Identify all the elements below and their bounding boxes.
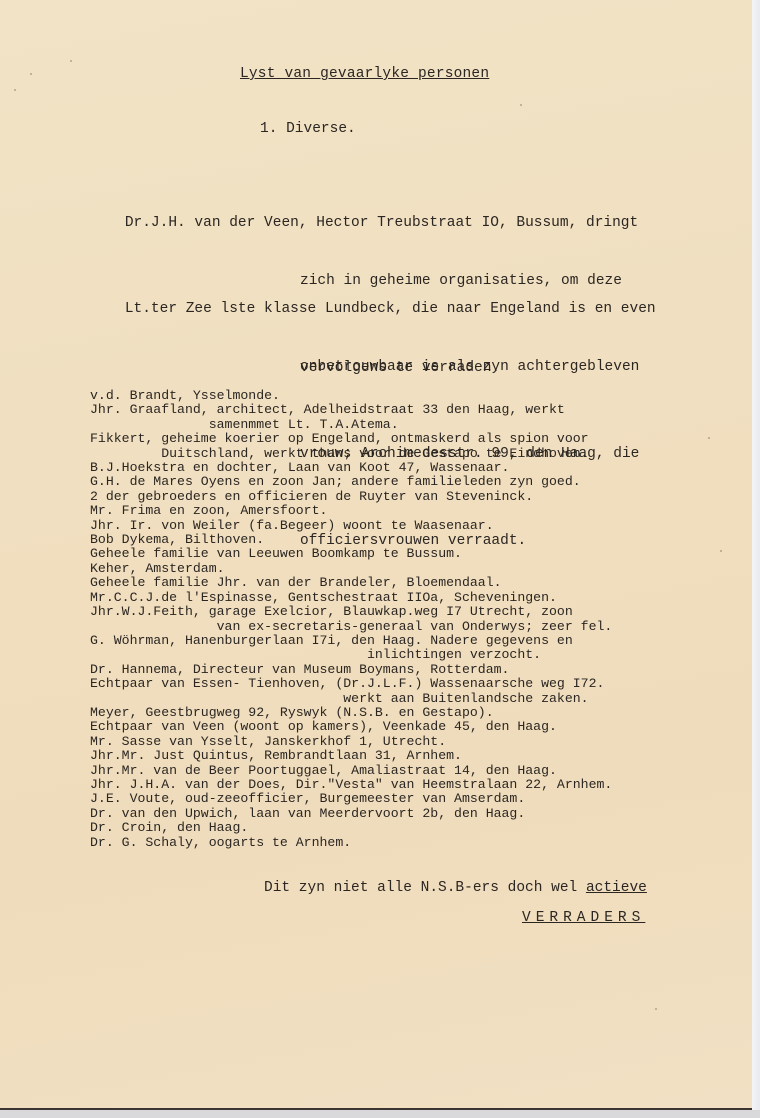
list-item-continuation: samenmmet Lt. T.A.Atema. [90, 418, 612, 432]
list-item: Mr. Frima en zoon, Amersfoort. [90, 504, 612, 518]
list-item-text: Bob Dykema, Bilthoven. [90, 532, 264, 547]
list-item-text: Mr. Sasse van Ysselt, Janskerkhof 1, Utr… [90, 734, 446, 749]
list-item: Geheele familie van Leeuwen Boomkamp te … [90, 547, 612, 561]
list-item: B.J.Hoekstra en dochter, Laan van Koot 4… [90, 461, 612, 475]
paper-speck [70, 60, 72, 62]
list-item-text: G. Wöhrman, Hanenburgerlaan I7i, den Haa… [90, 633, 573, 648]
list-item-text: Geheele familie van Leeuwen Boomkamp te … [90, 546, 462, 561]
list-item: Fikkert, geheime koerier op Engeland, on… [90, 432, 612, 461]
list-item-text: Fikkert, geheime koerier op Engeland, on… [90, 431, 589, 446]
list-item-text: Jhr.W.J.Feith, garage Exelcior, Blauwkap… [90, 604, 573, 619]
paper-speck [30, 73, 32, 75]
closing-statement: Dit zyn niet alle N.S.B-ers doch wel act… [264, 880, 647, 896]
list-item-text: v.d. Brandt, Ysselmonde. [90, 388, 280, 403]
list-item: J.E. Voute, oud-zeeofficier, Burgemeeste… [90, 792, 612, 806]
list-item-continuation: Duitschland, werkt thans voor de Gestapo… [90, 447, 612, 461]
list-item: Mr.C.C.J.de l'Espinasse, Gentschestraat … [90, 591, 612, 605]
paper-speck [708, 437, 710, 439]
list-item-text: J.E. Voute, oud-zeeofficier, Burgemeeste… [90, 791, 525, 806]
list-item: Meyer, Geestbrugweg 92, Ryswyk (N.S.B. e… [90, 706, 612, 720]
list-item: 2 der gebroeders en officieren de Ruyter… [90, 490, 612, 504]
list-item-continuation: inlichtingen verzocht. [90, 648, 612, 662]
list-item-text: G.H. de Mares Oyens en zoon Jan; andere … [90, 474, 581, 489]
paragraph-line: Lt.ter Zee lste klasse Lundbeck, die naa… [125, 301, 656, 317]
closing-emphasis: actieve [586, 880, 647, 896]
paper-speck [720, 550, 722, 552]
section-heading: 1. Diverse. [260, 121, 356, 137]
list-item-text: Mr. Frima en zoon, Amersfoort. [90, 503, 327, 518]
list-item: Dr. Croin, den Haag. [90, 821, 612, 835]
list-item-text: Echtpaar van Essen- Tienhoven, (Dr.J.L.F… [90, 676, 604, 691]
paper-right-edge [752, 0, 760, 1110]
list-item-text: Dr. van den Upwich, laan van Meerdervoor… [90, 806, 525, 821]
list-item-text: Dr. Hannema, Directeur van Museum Boyman… [90, 662, 509, 677]
list-item-text: Dr. Croin, den Haag. [90, 820, 248, 835]
list-item: Jhr.W.J.Feith, garage Exelcior, Blauwkap… [90, 605, 612, 634]
list-item-text: B.J.Hoekstra en dochter, Laan van Koot 4… [90, 460, 509, 475]
typed-document-page: Lyst van gevaarlyke personen 1. Diverse.… [0, 0, 752, 1110]
list-item: G. Wöhrman, Hanenburgerlaan I7i, den Haa… [90, 634, 612, 663]
list-item-text: Keher, Amsterdam. [90, 561, 225, 576]
closing-text: Dit zyn niet alle N.S.B-ers doch wel [264, 880, 586, 896]
list-item: v.d. Brandt, Ysselmonde. [90, 389, 612, 403]
list-item: Jhr. Graafland, architect, Adelheidstraa… [90, 403, 612, 432]
list-item: Dr. van den Upwich, laan van Meerdervoor… [90, 807, 612, 821]
list-item-continuation: van ex-secretaris-generaal van Onderwys;… [90, 620, 612, 634]
closing-final-word: VERRADERS [522, 910, 645, 926]
list-item: Dr. G. Schaly, oogarts te Arnhem. [90, 836, 612, 850]
list-item-text: Jhr.Mr. van de Beer Poortuggael, Amalias… [90, 763, 557, 778]
list-item: Jhr. Ir. von Weiler (fa.Begeer) woont te… [90, 519, 612, 533]
paragraph-line: Dr.J.H. van der Veen, Hector Treubstraat… [125, 215, 638, 231]
list-item-text: Jhr. Ir. von Weiler (fa.Begeer) woont te… [90, 518, 494, 533]
paper-speck [14, 89, 16, 91]
paper-speck [520, 104, 522, 106]
list-item: Geheele familie Jhr. van der Brandeler, … [90, 576, 612, 590]
paragraph-line: onbetrouwbaar is als zyn achtergebleven [90, 353, 656, 382]
list-item: Keher, Amsterdam. [90, 562, 612, 576]
list-item: Jhr.Mr. Just Quintus, Rembrandtlaan 31, … [90, 749, 612, 763]
list-item: Echtpaar van Essen- Tienhoven, (Dr.J.L.F… [90, 677, 612, 706]
list-item-text: Jhr. Graafland, architect, Adelheidstraa… [90, 402, 565, 417]
list-item: Dr. Hannema, Directeur van Museum Boyman… [90, 663, 612, 677]
paper-speck [655, 1008, 657, 1010]
list-item: Echtpaar van Veen (woont op kamers), Vee… [90, 720, 612, 734]
list-item-text: Echtpaar van Veen (woont op kamers), Vee… [90, 719, 557, 734]
list-item: Jhr.Mr. van de Beer Poortuggael, Amalias… [90, 764, 612, 778]
list-item: Bob Dykema, Bilthoven. [90, 533, 612, 547]
document-title: Lyst van gevaarlyke personen [240, 66, 489, 82]
list-item: Mr. Sasse van Ysselt, Janskerkhof 1, Utr… [90, 735, 612, 749]
list-item-text: Mr.C.C.J.de l'Espinasse, Gentschestraat … [90, 590, 557, 605]
list-item-text: Meyer, Geestbrugweg 92, Ryswyk (N.S.B. e… [90, 705, 494, 720]
list-item: Jhr. J.H.A. van der Does, Dir."Vesta" va… [90, 778, 612, 792]
list-item-text: Jhr. J.H.A. van der Does, Dir."Vesta" va… [90, 777, 612, 792]
list-item-text: 2 der gebroeders en officieren de Ruyter… [90, 489, 533, 504]
list-item-text: Dr. G. Schaly, oogarts te Arnhem. [90, 835, 351, 850]
list-item-text: Jhr.Mr. Just Quintus, Rembrandtlaan 31, … [90, 748, 462, 763]
list-item: G.H. de Mares Oyens en zoon Jan; andere … [90, 475, 612, 489]
list-item-continuation: werkt aan Buitenlandsche zaken. [90, 692, 612, 706]
persons-list: v.d. Brandt, Ysselmonde.Jhr. Graafland, … [90, 389, 612, 850]
list-item-text: Geheele familie Jhr. van der Brandeler, … [90, 575, 502, 590]
